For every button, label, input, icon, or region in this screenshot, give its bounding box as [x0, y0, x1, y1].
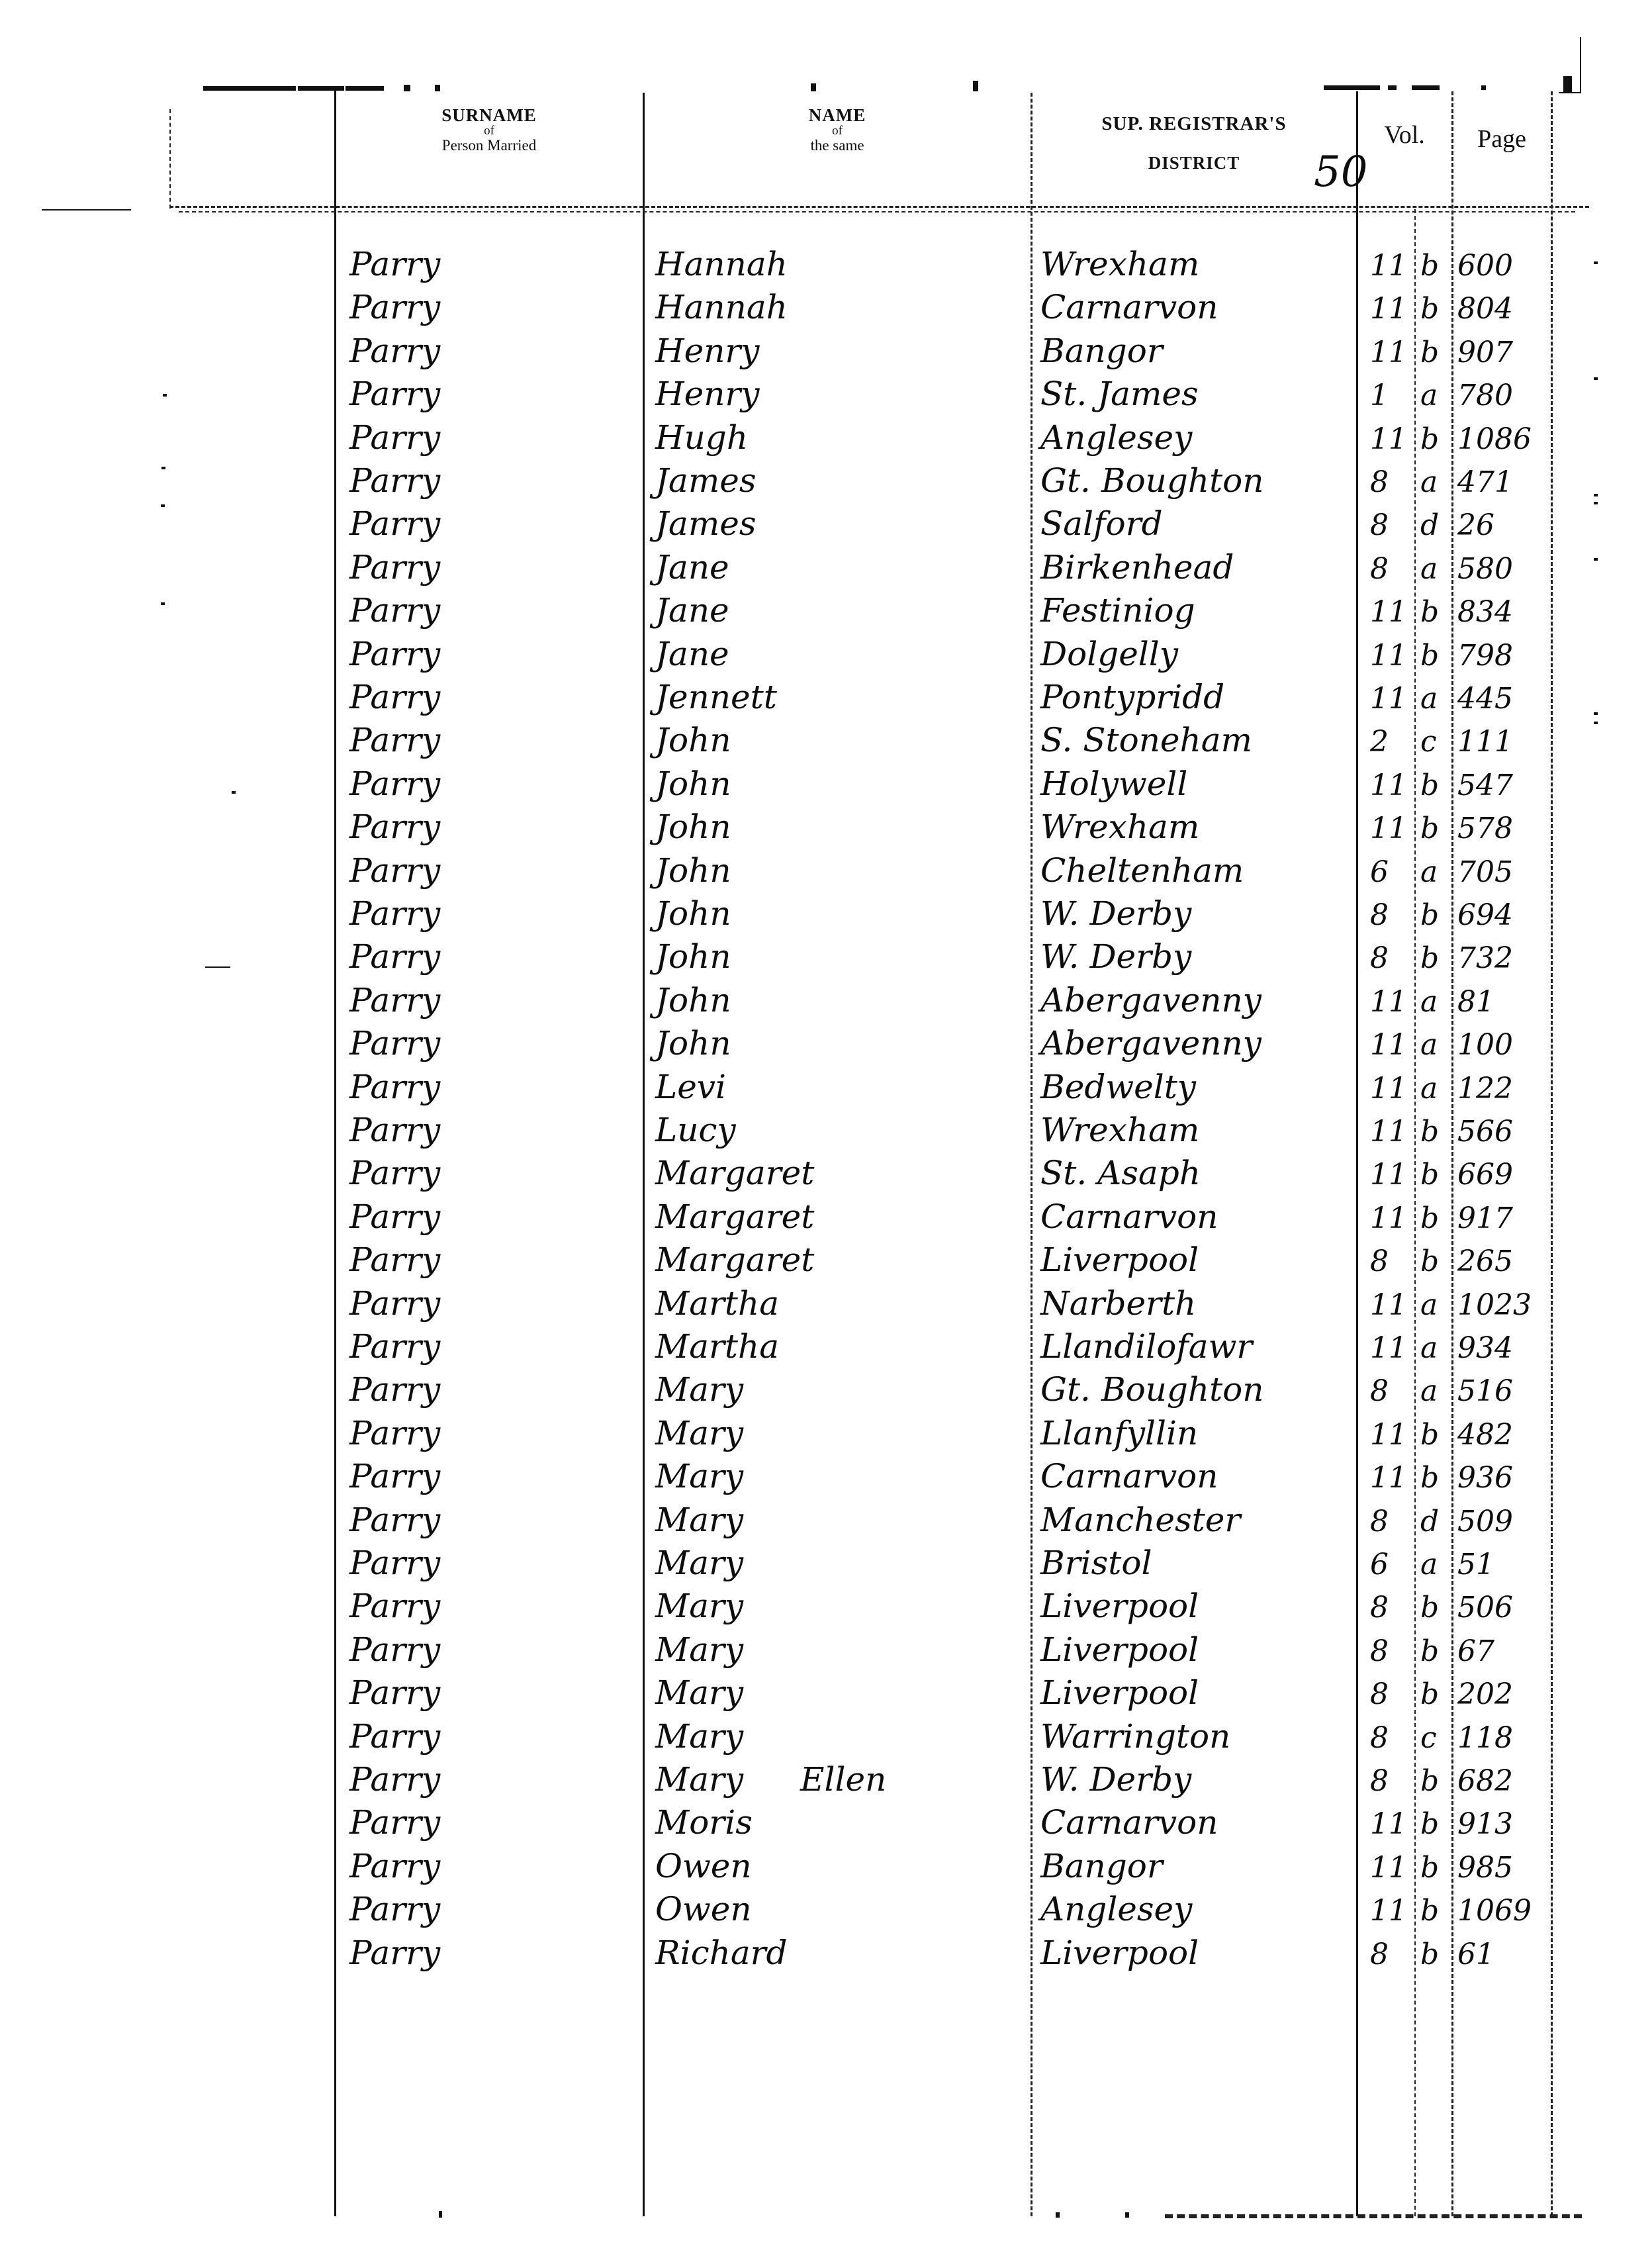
name-cell: Owen	[655, 1893, 752, 1926]
district-cell: Dolgelly	[1040, 637, 1178, 671]
margin-mark	[1594, 494, 1598, 496]
part-cell: b	[1420, 252, 1439, 281]
surname-cell: Parry	[349, 1027, 440, 1060]
surname-cell: Parry	[349, 1200, 440, 1233]
name-cell: Mary	[655, 1676, 743, 1709]
district-cell: Llandilofawr	[1040, 1330, 1252, 1363]
page-cell: 51	[1457, 1550, 1494, 1579]
vol-cell: 8	[1370, 511, 1389, 540]
part-cell: a	[1420, 858, 1438, 887]
vol-cell: 11	[1370, 1117, 1407, 1147]
bottom-rule-fragment	[1056, 2212, 1060, 2218]
page-cell: 913	[1457, 1810, 1513, 1839]
table-row: ParryMaryWarrington8c118	[0, 1718, 1652, 1762]
name-cell: Mary	[655, 1417, 743, 1450]
table-row: ParryRichardLiverpool8b61	[0, 1935, 1652, 1978]
name-cell: Mary	[655, 1460, 743, 1493]
surname-cell: Parry	[349, 810, 440, 843]
surname-cell: Parry	[349, 1589, 440, 1622]
district-cell: Bristol	[1040, 1546, 1152, 1579]
district-cell: Gt. Boughton	[1040, 1373, 1263, 1406]
surname-cell: Parry	[349, 1936, 440, 1969]
page-cell: 732	[1457, 944, 1513, 973]
name-cell: Hugh	[655, 421, 748, 454]
name-cell: John	[655, 984, 731, 1017]
surname-cell: Parry	[349, 1546, 440, 1579]
district-cell: Anglesey	[1040, 421, 1192, 454]
surname-cell: Parry	[349, 1460, 440, 1493]
part-cell: b	[1420, 1854, 1439, 1883]
header-rule	[179, 211, 1575, 212]
district-cell: Warrington	[1040, 1720, 1230, 1753]
vol-cell: 11	[1370, 1204, 1407, 1233]
district-cell: Pontypridd	[1040, 681, 1224, 714]
page-cell: 61	[1457, 1940, 1494, 1969]
table-row: ParryMargaretLiverpool8b265	[0, 1242, 1652, 1285]
table-row: ParryJohnCheltenham6a705	[0, 853, 1652, 896]
name-cell: Moris	[655, 1806, 753, 1839]
page-cell: 482	[1457, 1421, 1513, 1450]
district-cell: Narberth	[1040, 1287, 1196, 1320]
vol-cell: 1	[1370, 381, 1389, 410]
bottom-rule-fragment	[439, 2211, 442, 2218]
district-cell: Liverpool	[1040, 1243, 1199, 1276]
name-cell: John	[655, 724, 731, 757]
page-cell: 780	[1457, 381, 1513, 410]
surname-cell: Parry	[349, 421, 440, 454]
table-row: ParryMaryGt. Boughton8a516	[0, 1372, 1652, 1415]
page-cell: 566	[1457, 1117, 1513, 1147]
table-row: ParryJaneDolgelly11b798	[0, 636, 1652, 679]
page-cell: 804	[1457, 295, 1513, 324]
top-rule-fragment	[345, 86, 384, 91]
part-cell: a	[1420, 1377, 1438, 1406]
district-cell: Liverpool	[1040, 1676, 1199, 1709]
district-cell: W. Derby	[1040, 940, 1191, 973]
table-row: ParryJaneFestiniog11b834	[0, 592, 1652, 635]
district-cell: Wrexham	[1040, 810, 1199, 843]
page-cell: 917	[1457, 1204, 1513, 1233]
name-cell: Mary	[655, 1503, 743, 1536]
name-cell: Jennett	[655, 681, 777, 714]
page-cell: 600	[1457, 252, 1513, 281]
district-cell: Abergavenny	[1040, 984, 1262, 1017]
bottom-rule-fragment	[1125, 2212, 1129, 2218]
name-cell: Martha	[655, 1287, 779, 1320]
surname-cell: Parry	[349, 1850, 440, 1883]
surname-cell: Parry	[349, 1633, 440, 1666]
header-vol: Vol.	[1357, 120, 1452, 150]
page-cell: 100	[1457, 1031, 1513, 1060]
name-cell: Margaret	[655, 1200, 814, 1233]
part-cell: b	[1420, 295, 1439, 324]
table-row: ParryLeviBedwelty11a122	[0, 1069, 1652, 1112]
table-row: ParryMargaretSt. Asaph11b669	[0, 1155, 1652, 1198]
part-cell: a	[1420, 1334, 1438, 1363]
vol-cell: 11	[1370, 338, 1407, 367]
margin-mark	[1594, 712, 1598, 715]
district-cell: Llanfyllin	[1040, 1417, 1198, 1450]
district-cell: Birkenhead	[1040, 551, 1234, 584]
part-cell: b	[1420, 1117, 1439, 1147]
top-rule-fragment	[203, 86, 296, 91]
surname-cell: Parry	[349, 1113, 440, 1147]
margin-mark	[1594, 502, 1598, 504]
part-cell: a	[1420, 684, 1438, 714]
name-cell: Henry	[655, 334, 760, 367]
name-cell: Mary	[655, 1546, 743, 1579]
part-cell: b	[1420, 1204, 1439, 1233]
margin-mark	[1594, 558, 1598, 561]
part-cell: b	[1420, 901, 1439, 930]
name-cell: Hannah	[655, 291, 788, 324]
part-cell: b	[1420, 771, 1439, 800]
surname-cell: Parry	[349, 507, 440, 540]
part-cell: b	[1420, 1810, 1439, 1839]
table-row: ParryHannahCarnarvon11b804	[0, 289, 1652, 332]
table-row: ParryMaryLlanfyllin11b482	[0, 1415, 1652, 1458]
vol-cell: 11	[1370, 1160, 1407, 1190]
surname-cell: Parry	[349, 724, 440, 757]
table-row: ParryJamesGt. Boughton8a471	[0, 463, 1652, 506]
margin-mark	[163, 394, 167, 397]
name-cell: Margaret	[655, 1243, 814, 1276]
part-cell: a	[1420, 468, 1438, 497]
top-rule-fragment	[1388, 85, 1397, 90]
name-cell: James	[655, 464, 757, 497]
page-cell: 682	[1457, 1767, 1513, 1796]
table-row: ParryMaryLiverpool8b506	[0, 1588, 1652, 1631]
page-cell: 1069	[1457, 1897, 1532, 1926]
margin-mark	[161, 504, 165, 507]
page-cell: 580	[1457, 555, 1513, 584]
district-cell: Liverpool	[1040, 1589, 1199, 1622]
vol-cell: 8	[1370, 1507, 1389, 1536]
part-cell: b	[1420, 1637, 1439, 1666]
surname-cell: Parry	[349, 1417, 440, 1450]
vol-cell: 11	[1370, 1334, 1407, 1363]
name-cell: Jane	[655, 637, 729, 671]
name-cell: John	[655, 767, 731, 800]
part-cell: c	[1420, 728, 1437, 757]
header-name-title: NAME	[643, 106, 1031, 124]
table-row: ParryJohnWrexham11b578	[0, 809, 1652, 852]
name-cell: Levi	[655, 1070, 726, 1104]
corner-mark	[1563, 76, 1572, 93]
surname-cell: Parry	[349, 594, 440, 627]
page-cell: 798	[1457, 641, 1513, 671]
header-page: Page	[1452, 124, 1551, 154]
header-surname-of: of	[335, 124, 643, 138]
top-rule-fragment	[1412, 85, 1440, 90]
name-cell: Richard	[655, 1936, 788, 1969]
table-row: ParryJohnHolywell11b547	[0, 766, 1652, 809]
page-cell: 834	[1457, 598, 1513, 627]
page-cell: 265	[1457, 1247, 1513, 1276]
surname-cell: Parry	[349, 1287, 440, 1320]
vol-cell: 8	[1370, 555, 1389, 584]
bottom-rule-fragment	[1165, 2214, 1582, 2218]
part-cell: b	[1420, 338, 1439, 367]
vol-cell: 11	[1370, 1810, 1407, 1839]
surname-cell: Parry	[349, 1893, 440, 1926]
top-rule-fragment	[435, 85, 440, 91]
district-cell: W. Derby	[1040, 1763, 1191, 1796]
surname-cell: Parry	[349, 854, 440, 887]
surname-cell: Parry	[349, 1676, 440, 1709]
part-cell: b	[1420, 1897, 1439, 1926]
header-left-border	[169, 109, 171, 209]
district-cell: Manchester	[1040, 1503, 1240, 1536]
surname-cell: Parry	[349, 551, 440, 584]
part-cell: b	[1420, 641, 1439, 671]
surname-cell: Parry	[349, 1720, 440, 1753]
table-row: ParryOwenBangor11b985	[0, 1848, 1652, 1891]
surname-cell: Parry	[349, 767, 440, 800]
top-rule-fragment	[1481, 85, 1486, 90]
header-name: NAME of the same	[643, 106, 1031, 154]
table-row: ParryMaryCarnarvon11b936	[0, 1458, 1652, 1501]
part-cell: b	[1420, 1247, 1439, 1276]
surname-cell: Parry	[349, 1156, 440, 1190]
vol-cell: 11	[1370, 684, 1407, 714]
surname-cell: Parry	[349, 1806, 440, 1839]
header-district-title: SUP. REGISTRAR'S	[1031, 114, 1357, 134]
name-cell: John	[655, 1027, 731, 1060]
vol-cell: 11	[1370, 252, 1407, 281]
top-rule-fragment	[811, 83, 816, 91]
name-cell: Jane	[655, 551, 729, 584]
surname-cell: Parry	[349, 291, 440, 324]
page-cell: 1023	[1457, 1291, 1532, 1320]
margin-mark	[1594, 377, 1598, 380]
part-cell: b	[1420, 1421, 1439, 1450]
part-cell: b	[1420, 1464, 1439, 1493]
page-cell: 547	[1457, 771, 1513, 800]
page-cell: 936	[1457, 1464, 1513, 1493]
vol-cell: 11	[1370, 1031, 1407, 1060]
name-cell: Mary	[655, 1589, 743, 1622]
district-cell: Festiniog	[1040, 594, 1195, 627]
vol-cell: 8	[1370, 468, 1389, 497]
district-cell: Wrexham	[1040, 1113, 1199, 1147]
table-row: ParryMarthaLlandilofawr11a934	[0, 1329, 1652, 1372]
handwritten-page-number: 50	[1314, 151, 1367, 193]
margin-mark	[161, 602, 165, 605]
district-cell: Anglesey	[1040, 1893, 1192, 1926]
surname-cell: Parry	[349, 1330, 440, 1363]
name-cell: Lucy	[655, 1113, 736, 1147]
district-cell: S. Stoneham	[1040, 724, 1252, 757]
margin-mark	[1594, 261, 1598, 264]
vol-cell: 8	[1370, 1680, 1389, 1709]
name-cell: Mary	[655, 1633, 743, 1666]
page-cell: 118	[1457, 1724, 1513, 1753]
part-cell: b	[1420, 425, 1439, 454]
district-cell: Bangor	[1040, 334, 1163, 367]
header-surname: SURNAME of Person Married	[335, 106, 643, 154]
district-cell: Salford	[1040, 507, 1163, 540]
district-cell: Holywell	[1040, 767, 1187, 800]
vol-cell: 11	[1370, 1421, 1407, 1450]
vol-cell: 8	[1370, 1247, 1389, 1276]
name-cell: Mary	[655, 1373, 743, 1406]
table-row: ParryHughAnglesey11b1086	[0, 420, 1652, 463]
surname-cell: Parry	[349, 984, 440, 1017]
page-cell: 506	[1457, 1593, 1513, 1622]
table-row: ParryJohnAbergavenny11a100	[0, 1025, 1652, 1068]
name-cell: James	[655, 507, 757, 540]
page-cell: 509	[1457, 1507, 1513, 1536]
surname-cell: Parry	[349, 897, 440, 930]
page-cell: 578	[1457, 814, 1513, 843]
name-cell: Martha	[655, 1330, 779, 1363]
surname-cell: Parry	[349, 464, 440, 497]
part-cell: a	[1420, 988, 1438, 1017]
header-surname-sub: Person Married	[335, 138, 643, 154]
surname-cell: Parry	[349, 1243, 440, 1276]
district-cell: Abergavenny	[1040, 1027, 1262, 1060]
vol-cell: 8	[1370, 1637, 1389, 1666]
district-cell: Gt. Boughton	[1040, 464, 1263, 497]
vol-cell: 6	[1370, 1550, 1389, 1579]
page-cell: 122	[1457, 1074, 1513, 1104]
vol-cell: 11	[1370, 1854, 1407, 1883]
page-cell: 445	[1457, 684, 1513, 714]
table-row: ParryMargaretCarnarvon11b917	[0, 1199, 1652, 1242]
name-cell: Mary	[655, 1720, 743, 1753]
part-cell: a	[1420, 1550, 1438, 1579]
district-cell: Bangor	[1040, 1850, 1163, 1883]
part-cell: a	[1420, 1074, 1438, 1104]
part-cell: a	[1420, 1031, 1438, 1060]
margin-dash	[205, 966, 230, 968]
vol-cell: 8	[1370, 1377, 1389, 1406]
vol-cell: 8	[1370, 1593, 1389, 1622]
district-cell: St. Asaph	[1040, 1156, 1201, 1190]
district-cell: Carnarvon	[1040, 1806, 1218, 1839]
page-cell: 81	[1457, 988, 1494, 1017]
district-cell: W. Derby	[1040, 897, 1191, 930]
part-cell: b	[1420, 1680, 1439, 1709]
name-cell: Hannah	[655, 248, 788, 281]
vol-cell: 8	[1370, 901, 1389, 930]
surname-cell: Parry	[349, 637, 440, 671]
part-cell: d	[1420, 511, 1439, 540]
name-cell: Owen	[655, 1850, 752, 1883]
top-rule-fragment	[298, 86, 344, 91]
name-cell: John	[655, 854, 731, 887]
table-row: ParryHannahWrexham11b600	[0, 246, 1652, 289]
header-district: SUP. REGISTRAR'S DISTRICT	[1031, 114, 1357, 173]
part-cell: b	[1420, 814, 1439, 843]
name-cell: Jane	[655, 594, 729, 627]
part-cell: d	[1420, 1507, 1439, 1536]
page-cell: 985	[1457, 1854, 1513, 1883]
vol-cell: 8	[1370, 944, 1389, 973]
table-row: ParryHenryBangor11b907	[0, 333, 1652, 376]
table-row: ParryJamesSalford8d26	[0, 506, 1652, 549]
table-row: ParryJohnW. Derby8b732	[0, 939, 1652, 982]
margin-mark	[1594, 722, 1598, 724]
page-cell: 516	[1457, 1377, 1513, 1406]
district-cell: Cheltenham	[1040, 854, 1244, 887]
page-cell: 67	[1457, 1637, 1494, 1666]
table-row: ParryJohnAbergavenny11a81	[0, 982, 1652, 1025]
vol-cell: 11	[1370, 1897, 1407, 1926]
district-cell: Wrexham	[1040, 248, 1199, 281]
table-row: ParryHenrySt. James1a780	[0, 376, 1652, 419]
vol-cell: 8	[1370, 1940, 1389, 1969]
part-cell: b	[1420, 598, 1439, 627]
surname-cell: Parry	[349, 1503, 440, 1536]
vol-cell: 11	[1370, 598, 1407, 627]
name-cell: John	[655, 810, 731, 843]
table-row: ParryJaneBirkenhead8a580	[0, 549, 1652, 592]
page-cell: 202	[1457, 1680, 1513, 1709]
vol-cell: 11	[1370, 988, 1407, 1017]
district-cell: Liverpool	[1040, 1936, 1199, 1969]
vol-cell: 11	[1370, 425, 1407, 454]
page-cell: 471	[1457, 468, 1513, 497]
margin-mark	[232, 791, 236, 794]
vol-cell: 11	[1370, 771, 1407, 800]
surname-cell: Parry	[349, 681, 440, 714]
table-row: ParryMaryLiverpool8b202	[0, 1675, 1652, 1718]
table-row: ParryMarthaNarberth11a1023	[0, 1286, 1652, 1329]
vol-cell: 8	[1370, 1767, 1389, 1796]
table-row: ParryLucyWrexham11b566	[0, 1112, 1652, 1155]
surname-cell: Parry	[349, 1373, 440, 1406]
part-cell: b	[1420, 1767, 1439, 1796]
surname-cell: Parry	[349, 1070, 440, 1104]
part-cell: b	[1420, 1593, 1439, 1622]
district-cell: St. James	[1040, 377, 1199, 410]
surname-cell: Parry	[349, 334, 440, 367]
margin-dash	[42, 209, 131, 211]
district-cell: Carnarvon	[1040, 1200, 1218, 1233]
part-cell: b	[1420, 1160, 1439, 1190]
name-cell: Henry	[655, 377, 760, 410]
name-cell: John	[655, 940, 731, 973]
margin-mark	[161, 467, 165, 469]
surname-cell: Parry	[349, 1763, 440, 1796]
table-row: ParryMaryLiverpool8b67	[0, 1632, 1652, 1675]
table-row: ParryMaryBristol6a51	[0, 1545, 1652, 1588]
vol-cell: 11	[1370, 814, 1407, 843]
header-surname-title: SURNAME	[335, 106, 643, 124]
vol-cell: 6	[1370, 858, 1389, 887]
name-cell: Margaret	[655, 1156, 814, 1190]
surname-cell: Parry	[349, 377, 440, 410]
table-row: ParryJennettPontypridd11a445	[0, 679, 1652, 722]
vol-cell: 11	[1370, 1074, 1407, 1104]
page-cell: 705	[1457, 858, 1513, 887]
vol-cell: 11	[1370, 1464, 1407, 1493]
part-cell: a	[1420, 555, 1438, 584]
vol-cell: 2	[1370, 728, 1389, 757]
header-name-sub: the same	[643, 138, 1031, 154]
table-row: ParryJohnW. Derby8b694	[0, 896, 1652, 939]
table-row: ParryJohnS. Stoneham2c111	[0, 722, 1652, 765]
table-row: ParryMaryManchester8d509	[0, 1502, 1652, 1545]
vol-cell: 8	[1370, 1724, 1389, 1753]
vol-cell: 11	[1370, 295, 1407, 324]
surname-cell: Parry	[349, 248, 440, 281]
part-cell: c	[1420, 1724, 1437, 1753]
top-rule-fragment	[1324, 85, 1380, 90]
top-rule-fragment	[973, 81, 978, 91]
